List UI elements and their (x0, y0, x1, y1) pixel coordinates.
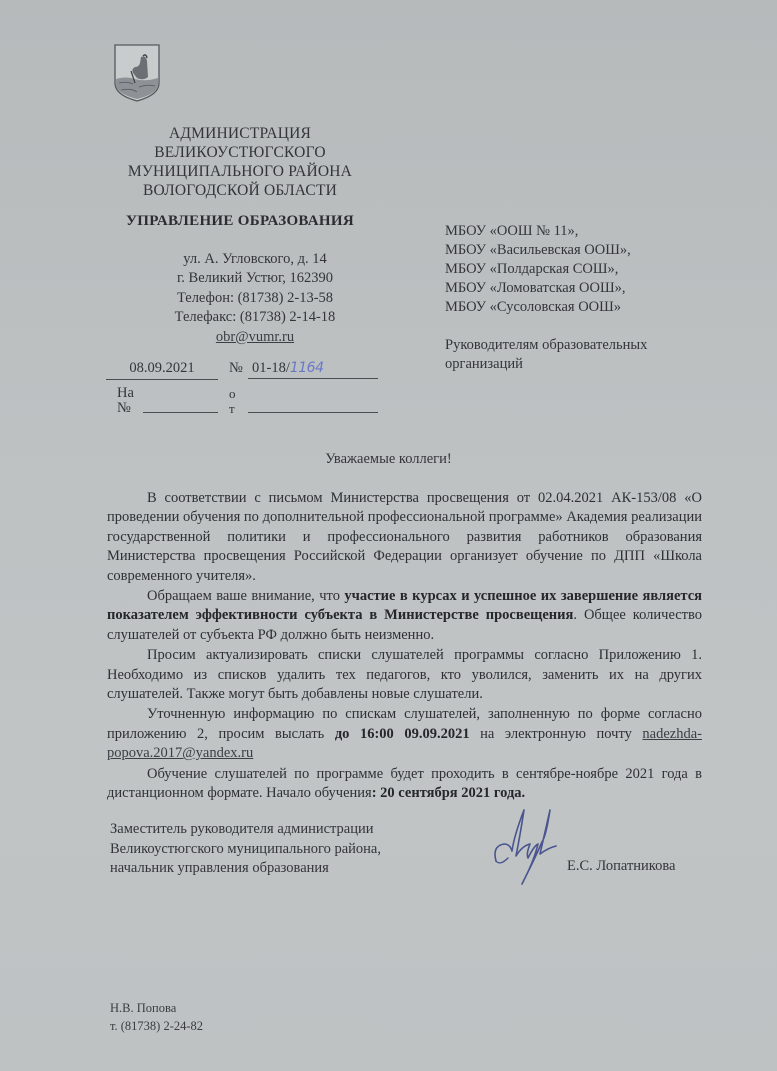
executor-block: Н.В. Попова т. (81738) 2-24-82 (110, 1000, 203, 1035)
ot-label-2: т (229, 401, 236, 416)
reply-date-blank (248, 397, 378, 413)
position-line: Заместитель руководителя администрации (110, 820, 440, 840)
recipients-block: МБОУ «ООШ № 11», МБОУ «Васильевская ООШ»… (445, 222, 745, 374)
address-street: ул. А. Угловского, д. 14 (130, 250, 380, 269)
spacer (445, 317, 745, 336)
fax: Телефакс: (81738) 2-14-18 (130, 308, 380, 327)
from-label: о т (229, 386, 236, 416)
paragraph-3: Просим актуализировать списки слушателей… (107, 646, 702, 704)
ot-label-1: о (229, 386, 236, 401)
number-prefix: 01-18/ (252, 360, 290, 376)
address-block: ул. А. Угловского, д. 14 г. Великий Устю… (130, 250, 380, 347)
coat-of-arms-icon (113, 43, 161, 103)
position-line: Великоустюгского муниципального района, (110, 840, 440, 860)
paragraph-5: Обучение слушателей по программе будет п… (107, 765, 702, 804)
recipient-school: МБОУ «Васильевская ООШ», (445, 241, 745, 260)
org-line: АДМИНИСТРАЦИЯ (100, 124, 380, 143)
letter-page: АДМИНИСТРАЦИЯ ВЕЛИКОУСТЮГСКОГО МУНИЦИПАЛ… (0, 0, 777, 1071)
recipient-school: МБОУ «Полдарская СОШ», (445, 260, 745, 279)
na-number-label: № (117, 401, 134, 416)
recipient-heads-cont: организаций (445, 355, 745, 374)
address-city: г. Великий Устюг, 162390 (130, 269, 380, 288)
letter-number: 01-18/1164 (248, 360, 378, 379)
org-email-link[interactable]: obr@vumr.ru (216, 329, 294, 345)
department-title: УПРАВЛЕНИЕ ОБРАЗОВАНИЯ (100, 213, 380, 230)
paragraph-1: В соответствии с письмом Министерства пр… (107, 489, 702, 586)
recipient-school: МБОУ «Сусоловская ООШ» (445, 298, 745, 317)
p4-text-mid: на электронную почту (470, 726, 643, 742)
paragraph-4: Уточненную информацию по спискам слушате… (107, 705, 702, 763)
letter-date: 08.09.2021 (106, 360, 218, 380)
start-date: : 20 сентября 2021 года. (372, 785, 525, 801)
org-line: МУНИЦИПАЛЬНОГО РАЙОНА (100, 162, 380, 181)
recipient-school: МБОУ «Ломоватская ООШ», (445, 279, 745, 298)
signer-position: Заместитель руководителя администрации В… (110, 820, 440, 879)
reply-number-blank (143, 397, 218, 413)
position-line: начальник управления образования (110, 859, 440, 879)
salutation: Уважаемые коллеги! (100, 451, 677, 468)
p2-text: Обращаем ваше внимание, что (147, 588, 344, 604)
executor-name: Н.В. Попова (110, 1000, 203, 1018)
recipient-heads: Руководителям образовательных (445, 336, 745, 355)
reply-to-label: На № (117, 386, 134, 416)
phone: Телефон: (81738) 2-13-58 (130, 289, 380, 308)
na-label: На (117, 386, 134, 401)
letter-body: В соответствии с письмом Министерства пр… (107, 489, 702, 804)
paragraph-2: Обращаем ваше внимание, что участие в ку… (107, 587, 702, 645)
organization-name: АДМИНИСТРАЦИЯ ВЕЛИКОУСТЮГСКОГО МУНИЦИПАЛ… (100, 124, 380, 200)
number-sign: № (229, 360, 243, 377)
recipient-school: МБОУ «ООШ № 11», (445, 222, 745, 241)
signer-name: Е.С. Лопатникова (567, 858, 675, 875)
org-line: ВЕЛИКОУСТЮГСКОГО (100, 143, 380, 162)
deadline: до 16:00 09.09.2021 (335, 726, 470, 742)
handwritten-number: 1164 (290, 360, 324, 376)
executor-phone: т. (81738) 2-24-82 (110, 1018, 203, 1036)
org-line: ВОЛОГОДСКОЙ ОБЛАСТИ (100, 181, 380, 200)
